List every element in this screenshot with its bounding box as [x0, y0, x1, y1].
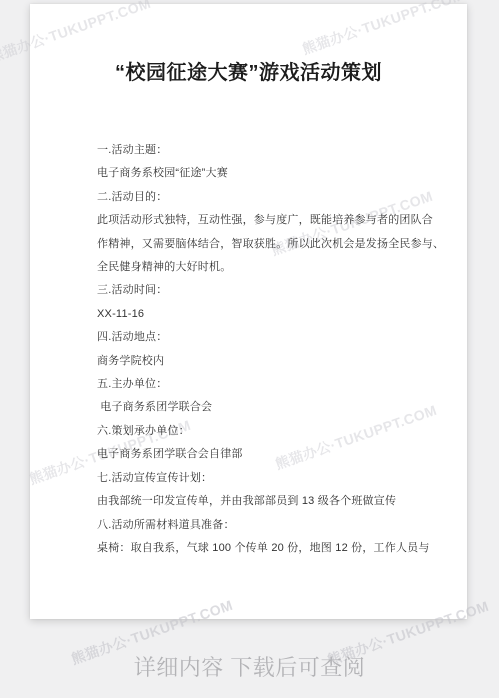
- document-body: 一.活动主题： 电子商务系校园“征途”大赛 二.活动目的： 此项活动形式独特，互…: [97, 139, 429, 560]
- doc-line-publicity-value: 由我部统一印发宣传单，并由我部部员到 13 级各个班做宣传: [97, 490, 429, 513]
- doc-line-materials-heading: 八.活动所需材料道具准备：: [97, 514, 429, 537]
- doc-line-materials-value: 桌椅：取自我系，气球 100 个传单 20 份，地图 12 份，工作人员与: [97, 537, 429, 560]
- footer-caption: 详细内容 下载后可查阅: [0, 653, 499, 683]
- doc-line-publicity-heading: 七.活动宣传宣传计划：: [97, 467, 429, 490]
- doc-line-organizer-value: 电子商务系团学联合会: [97, 396, 429, 419]
- doc-line-activity-time-heading: 三.活动时间：: [97, 279, 429, 302]
- doc-line-purpose-text-3: 全民健身精神的大好时机。: [97, 256, 429, 279]
- doc-line-activity-theme-heading: 一.活动主题：: [97, 139, 429, 162]
- document-preview: 熊猫办公·TUKUPPT.COM 熊猫办公·TUKUPPT.COM 熊猫办公·T…: [0, 0, 499, 698]
- doc-line-purpose-text-2: 作精神，又需要脑体结合，智取获胜。所以此次机会是发扬全民参与、: [97, 233, 429, 256]
- doc-line-activity-time-value: XX-11-16: [97, 303, 429, 326]
- doc-line-activity-purpose-heading: 二.活动目的：: [97, 186, 429, 209]
- doc-line-activity-place-value: 商务学院校内: [97, 350, 429, 373]
- doc-line-organizer-heading: 五.主办单位：: [97, 373, 429, 396]
- doc-line-activity-place-heading: 四.活动地点：: [97, 326, 429, 349]
- document-title: “校园征途大赛”游戏活动策划: [30, 60, 467, 86]
- document-page: “校园征途大赛”游戏活动策划 一.活动主题： 电子商务系校园“征途”大赛 二.活…: [30, 4, 467, 619]
- doc-line-activity-theme-value: 电子商务系校园“征途”大赛: [97, 162, 429, 185]
- doc-line-undertaker-heading: 六.策划承办单位：: [97, 420, 429, 443]
- doc-line-purpose-text-1: 此项活动形式独特，互动性强，参与度广，既能培养参与者的团队合: [97, 209, 429, 232]
- doc-line-undertaker-value: 电子商务系团学联合会自律部: [97, 443, 429, 466]
